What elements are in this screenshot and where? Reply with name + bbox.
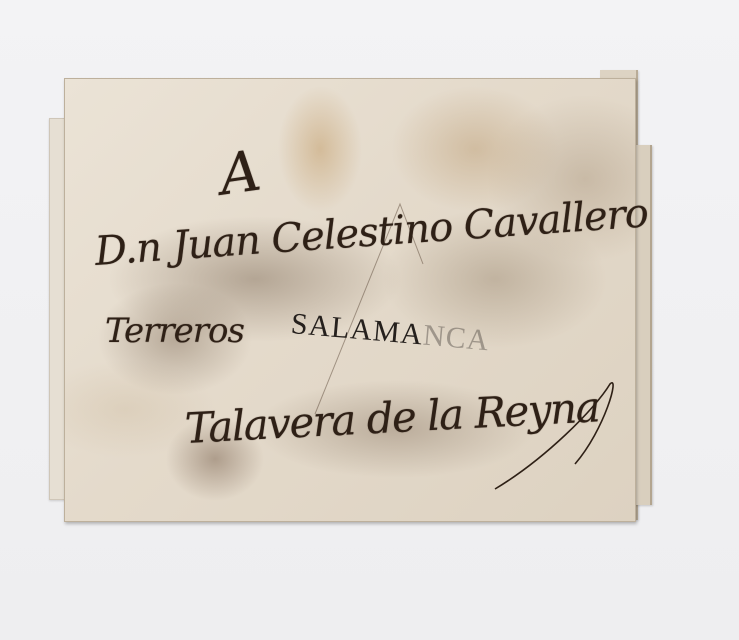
destination-city: Talavera de la Reyna bbox=[184, 382, 601, 453]
addressee-name: D.n Juan Celestino Cavallero bbox=[93, 190, 649, 275]
salutation-text: A bbox=[216, 139, 265, 209]
addressee-surname: Terreros bbox=[105, 311, 244, 351]
postmark-visible-text: SALAMA bbox=[290, 307, 425, 351]
town-postmark: SALAMANCA bbox=[290, 307, 491, 358]
photo-scene: A D.n Juan Celestino Cavallero Terreros … bbox=[0, 0, 739, 640]
letter-cover: A D.n Juan Celestino Cavallero Terreros … bbox=[64, 78, 636, 522]
postmark-faded-text: NCA bbox=[422, 319, 491, 358]
